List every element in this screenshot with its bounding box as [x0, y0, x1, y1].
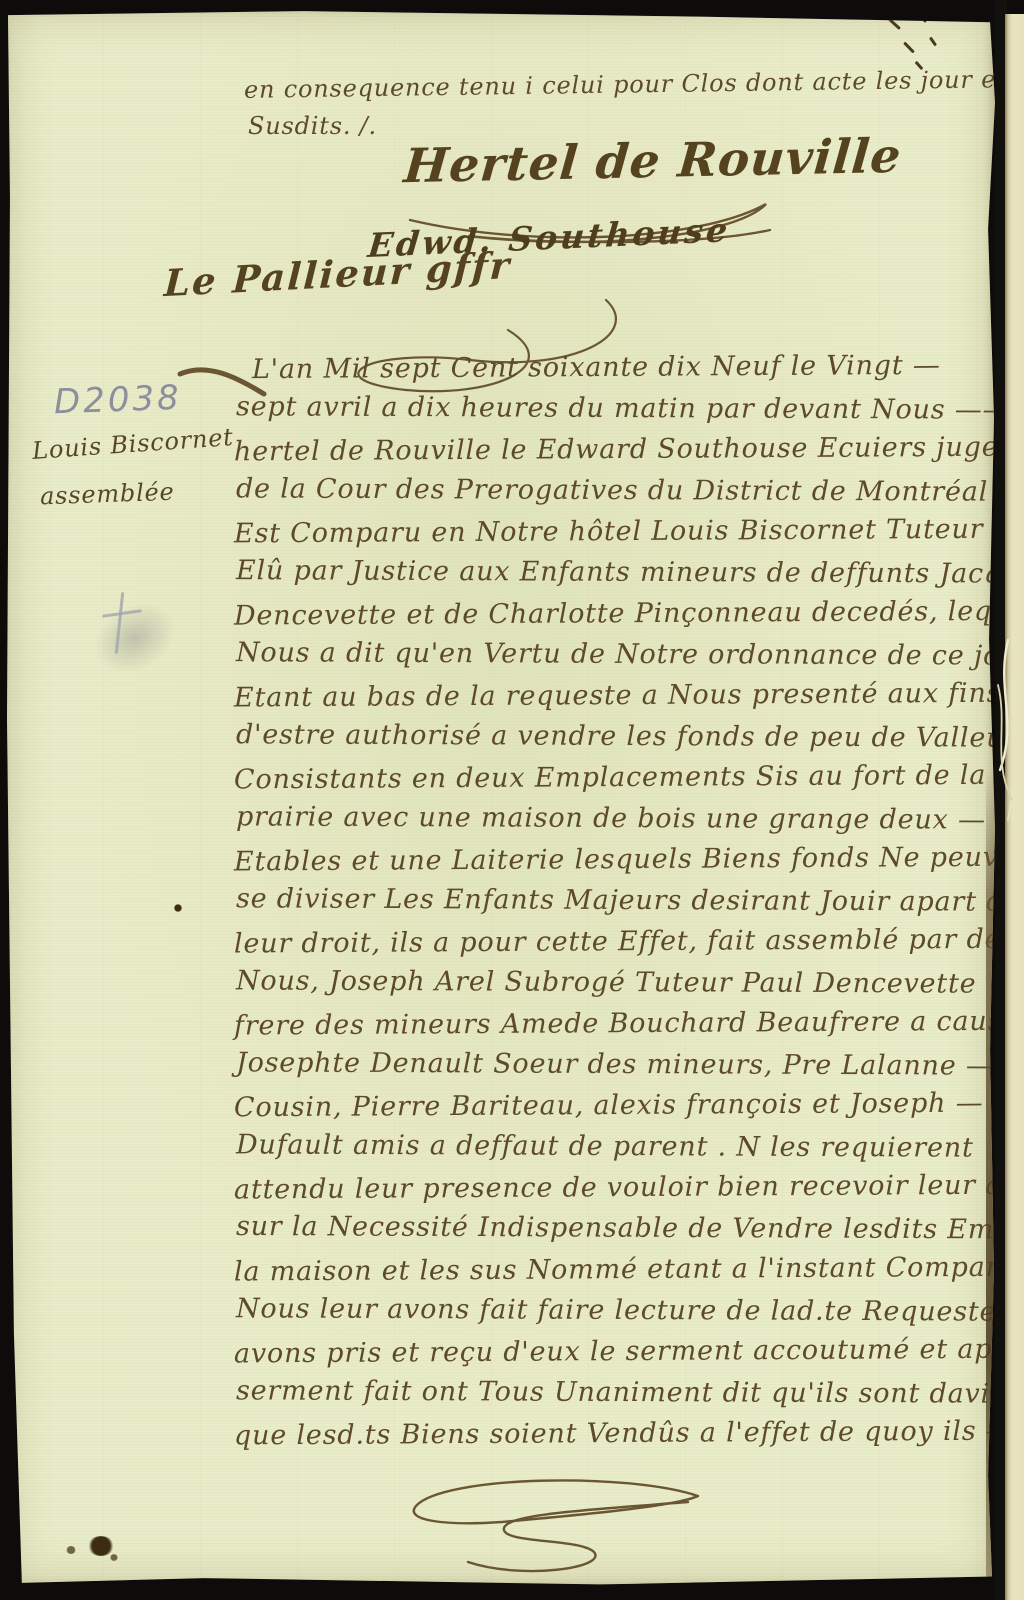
pen-tick-mark — [917, 12, 927, 23]
ink-speck — [174, 904, 182, 912]
body-line: Elû par Justice aux Enfants mineurs de d… — [236, 555, 1024, 590]
body-line: Est Comparu en Notre hôtel Louis Biscorn… — [234, 514, 1021, 550]
body-line: d'estre authorisé a vendre les fonds de … — [236, 719, 1018, 753]
body-line: Nous a dit qu'en Vertu de Notre ordonnan… — [236, 637, 1024, 672]
manuscript-page: en consequence tenu i celui pour Clos do… — [6, 8, 996, 1586]
body-line: L'an Mil sept Cent soixante dix Neuf le … — [252, 350, 941, 385]
pencil-smudge — [82, 589, 188, 687]
body-line: Consistants en deux Emplacements Sis au … — [234, 760, 1024, 796]
body-line: se diviser Les Enfants Majeurs desirant … — [236, 883, 1021, 917]
body-line: Nous, Joseph Arel Subrogé Tuteur Paul De… — [236, 965, 977, 999]
body-line: leur droit, ils a pour cette Effet, fait… — [234, 923, 1024, 959]
ink-speck — [66, 1546, 76, 1554]
body-line: Cousin, Pierre Bariteau, alexis françois… — [234, 1088, 984, 1124]
body-line: Dencevette et de Charlotte Pinçonneau de… — [234, 595, 1024, 631]
ink-speck — [110, 1554, 118, 1561]
header-closing-line: Susdits. /. — [248, 112, 377, 140]
body-line: que lesd.ts Biens soient Vendûs a l'effe… — [234, 1416, 1014, 1452]
body-line: hertel de Rouville le Edward Southouse E… — [234, 432, 1013, 468]
margin-note-assemblee: assemblée — [40, 478, 175, 511]
body-line: sur la Necessité Indispensable de Vendre… — [236, 1211, 1024, 1246]
header-closing-line: en consequence tenu i celui pour Clos do… — [244, 64, 1024, 104]
body-line: Josephte Denault Soeur des mineurs, Pre … — [236, 1047, 994, 1081]
body-line: prairie avec une maison de bois une gran… — [236, 801, 986, 835]
archive-number-pencil: D2038 — [53, 378, 182, 422]
body-line: Etables et une Laiterie lesquels Biens f… — [234, 842, 1024, 878]
signature-flourish — [256, 294, 656, 404]
body-line: avons pris et reçu d'eux le serment acco… — [234, 1334, 1024, 1370]
binding-threads — [978, 630, 1024, 850]
body-line: attendu leur presence de vouloir bien re… — [234, 1170, 1024, 1206]
body-line: Etant au bas de la requeste a Nous prese… — [234, 678, 1024, 714]
body-line: la maison et les sus Nommé etant a l'ins… — [234, 1251, 1024, 1287]
body-line: serment fait ont Tous Unaniment dit qu'i… — [236, 1375, 1005, 1409]
body-line: frere des mineurs Amede Bouchard Beaufre… — [234, 1005, 1024, 1041]
body-line: de la Cour des Prerogatives du District … — [236, 473, 988, 507]
scanned-archive-photo: { "annotations": { "archive_number": "D2… — [0, 0, 1024, 1600]
signature-hertel-de-rouville: Hertel de Rouville — [402, 129, 904, 195]
pen-tick-mark — [903, 41, 915, 53]
body-line: sept avril a dix heures du matin par dev… — [236, 391, 1011, 425]
ink-blot — [88, 1536, 114, 1556]
pen-tick-mark — [929, 37, 937, 47]
body-line: Nous leur avons fait faire lecture de la… — [236, 1293, 1024, 1327]
pen-tick-mark — [887, 17, 901, 30]
paraph-flourish — [376, 1456, 716, 1586]
body-line: Dufault amis a deffaut de parent . N les… — [236, 1129, 974, 1163]
margin-note-louis-biscornet: Louis Biscornet — [31, 423, 234, 465]
